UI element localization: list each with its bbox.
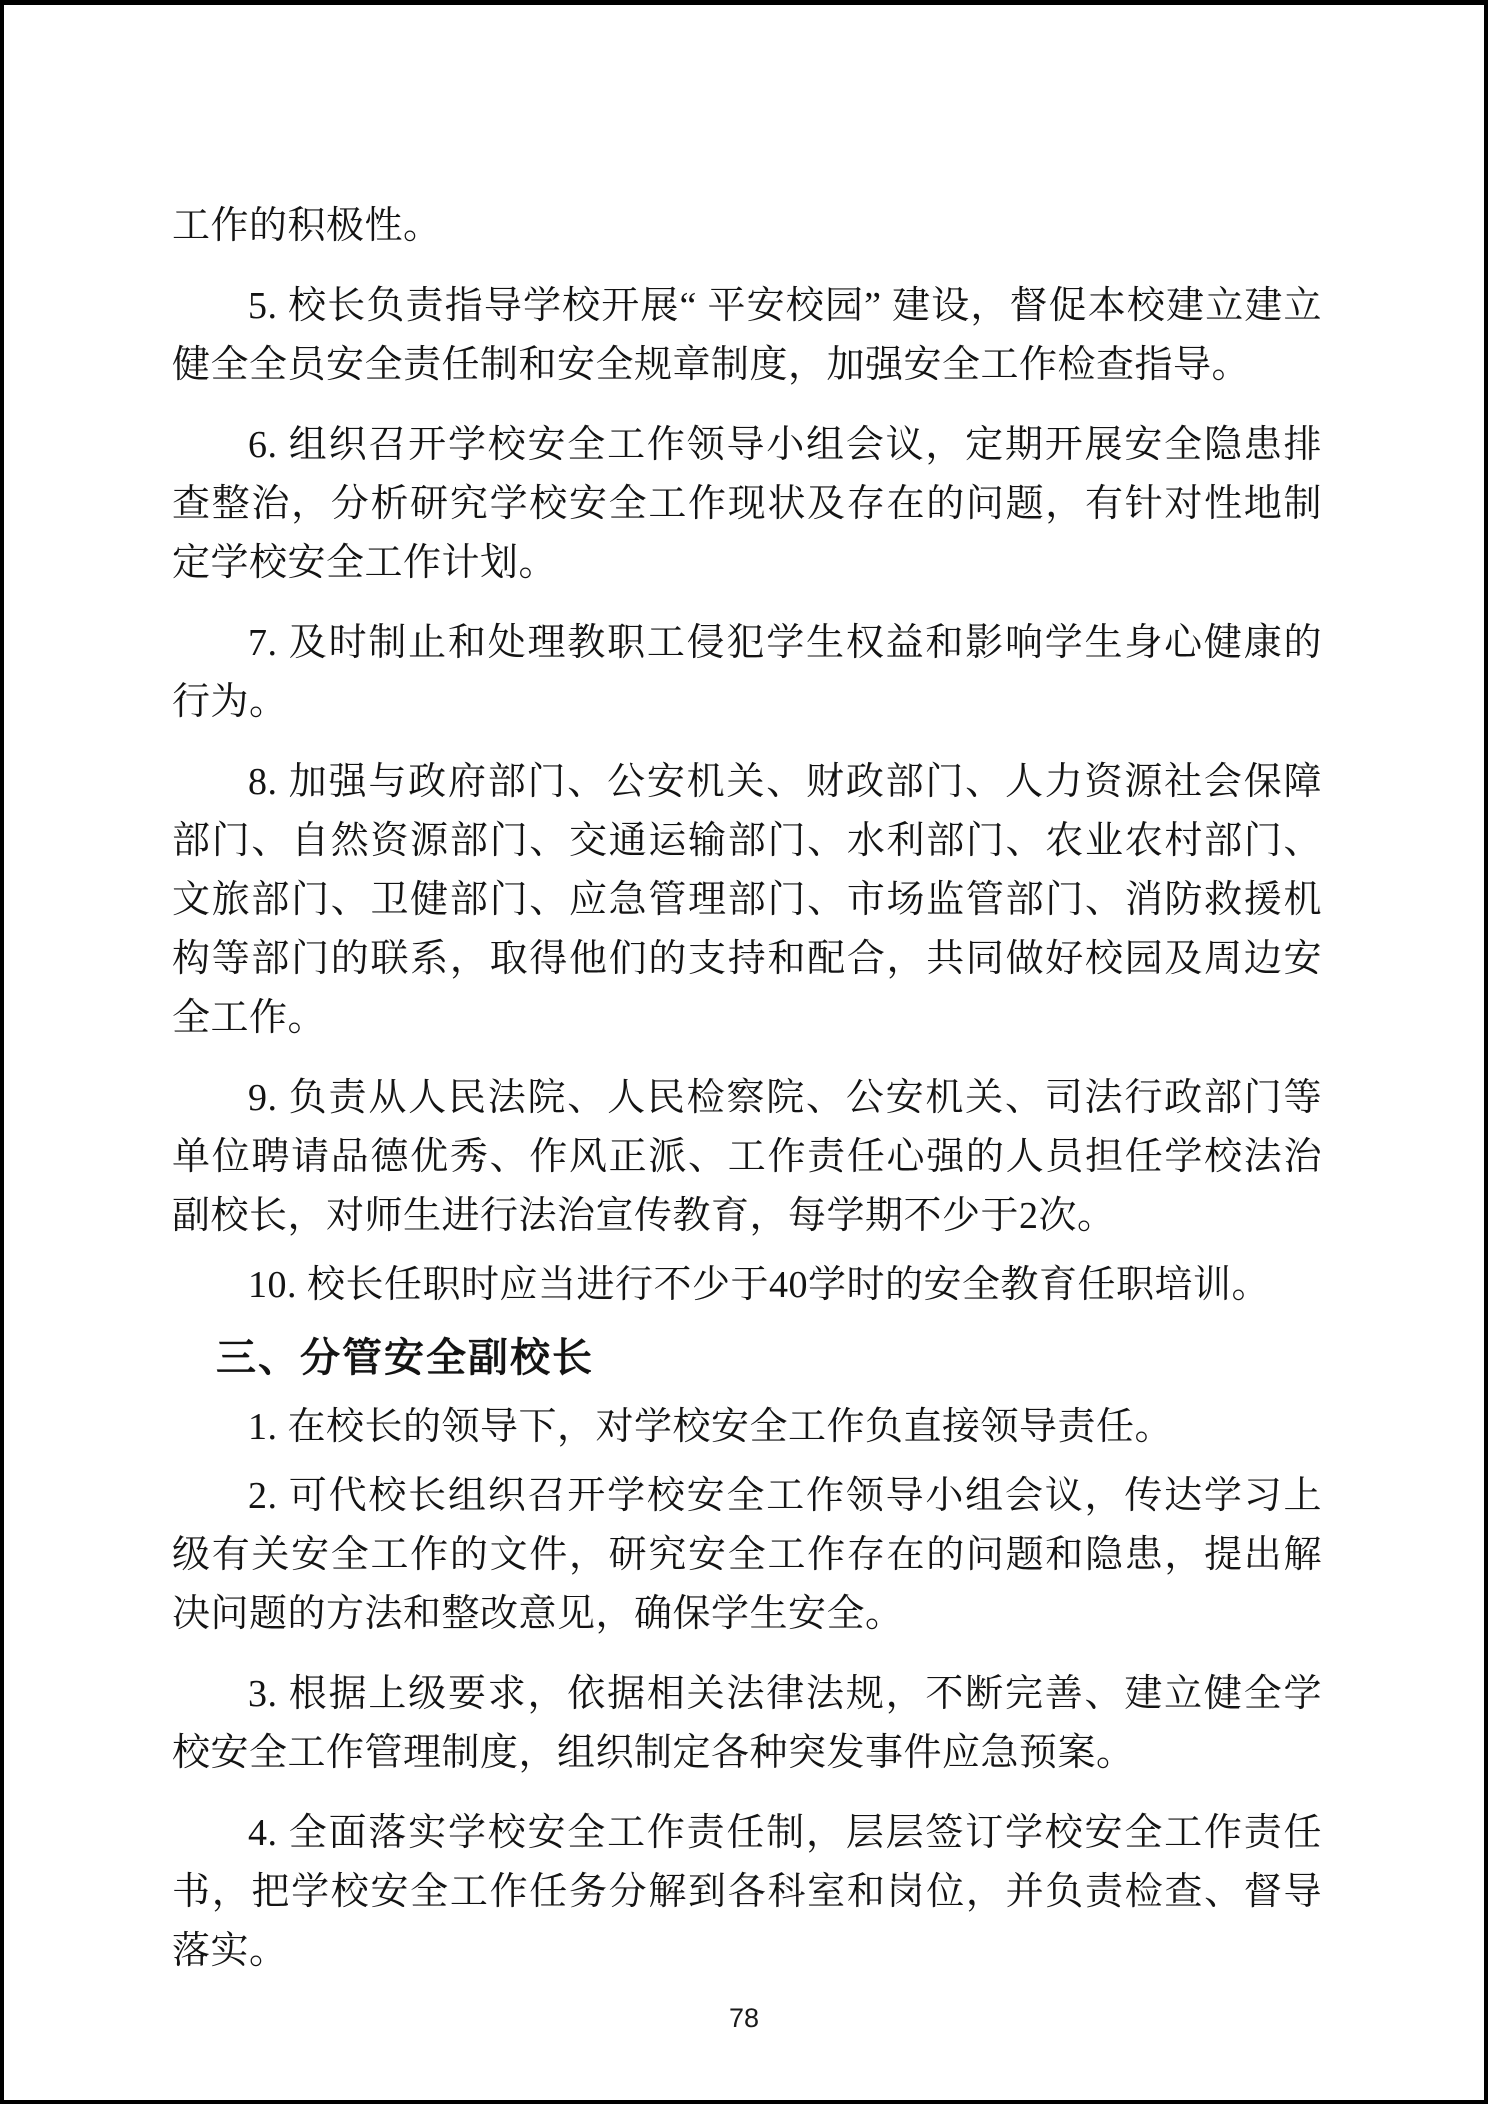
list-item-3: 3. 根据上级要求，依据相关法律法规，不断完善、建立健全学校安全工作管理制度，组… (172, 1665, 1322, 1783)
list-item-9: 9. 负责从人民法院、人民检察院、公安机关、司法行政部门等单位聘请品德优秀、作风… (172, 1069, 1322, 1246)
list-item-8: 8. 加强与政府部门、公安机关、财政部门、人力资源社会保障部门、自然资源部门、交… (172, 753, 1322, 1048)
list-item-10: 10. 校长任职时应当进行不少于40学时的安全教育任职培训。 (172, 1256, 1322, 1315)
list-item-7: 7. 及时制止和处理教职工侵犯学生权益和影响学生身心健康的行为。 (172, 614, 1322, 732)
section-heading-3: 三、分管安全副校长 (172, 1329, 1322, 1388)
list-item-4: 4. 全面落实学校安全工作责任制，层层签订学校安全工作责任书，把学校安全工作任务… (172, 1804, 1322, 1981)
page-number: 78 (4, 2003, 1484, 2034)
list-item-6: 6. 组织召开学校安全工作领导小组会议，定期开展安全隐患排查整治，分析研究学校安… (172, 416, 1322, 593)
paragraph-continuation: 工作的积极性。 (172, 197, 1322, 256)
page-body-text: 工作的积极性。 5. 校长负责指导学校开展“ 平安校园” 建设，督促本校建立建立… (172, 197, 1322, 1981)
list-item-2: 2. 可代校长组织召开学校安全工作领导小组会议，传达学习上级有关安全工作的文件，… (172, 1467, 1322, 1644)
list-item-5: 5. 校长负责指导学校开展“ 平安校园” 建设，督促本校建立建立健全全员安全责任… (172, 277, 1322, 395)
document-page: 工作的积极性。 5. 校长负责指导学校开展“ 平安校园” 建设，督促本校建立建立… (0, 0, 1488, 2104)
list-item-1: 1. 在校长的领导下，对学校安全工作负直接领导责任。 (172, 1398, 1322, 1457)
